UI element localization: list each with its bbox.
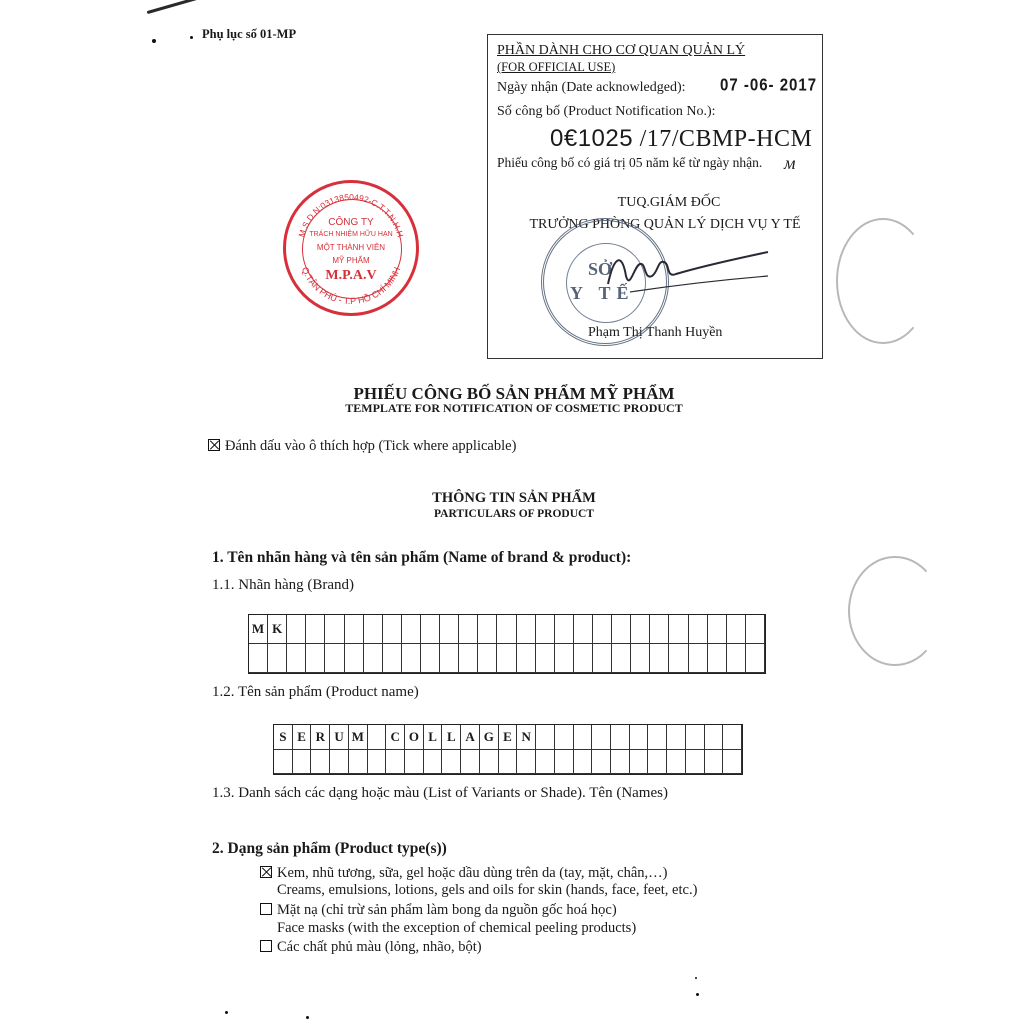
product-cell[interactable] <box>555 750 574 775</box>
product-cell[interactable] <box>705 725 724 750</box>
product-cell[interactable] <box>630 750 649 775</box>
item-1-heading: 1. Tên nhãn hàng và tên sản phẩm (Name o… <box>212 549 631 567</box>
product-cell[interactable] <box>705 750 724 775</box>
section-title: THÔNG TIN SẢN PHẨM <box>0 490 1024 507</box>
brand-cell[interactable] <box>574 644 593 673</box>
product-cell[interactable] <box>480 750 499 775</box>
product-cell[interactable] <box>386 750 405 775</box>
brand-cell[interactable] <box>249 644 268 673</box>
partial-seal-edge <box>836 218 930 344</box>
product-cell[interactable]: L <box>424 725 443 750</box>
option-label-vi: Các chất phủ màu (lỏng, nhão, bột) <box>277 939 482 955</box>
product-cell[interactable]: M <box>349 725 368 750</box>
product-cell[interactable] <box>442 750 461 775</box>
brand-cell[interactable] <box>746 615 765 644</box>
product-cell[interactable]: G <box>480 725 499 750</box>
checkbox-unchecked-icon[interactable] <box>260 940 272 952</box>
partial-seal-edge <box>848 556 942 666</box>
product-cell[interactable] <box>611 750 630 775</box>
product-cell[interactable] <box>611 725 630 750</box>
product-name-label: 1.2. Tên sản phẩm (Product name) <box>212 684 419 701</box>
brand-cell[interactable] <box>727 644 746 673</box>
brand-cell[interactable] <box>287 615 306 644</box>
signer-title-1: TUQ.GIÁM ĐỐC <box>488 195 822 211</box>
product-cell[interactable] <box>686 750 705 775</box>
notification-label: Số công bố (Product Notification No.): <box>497 104 716 120</box>
date-label: Ngày nhận (Date acknowledged): <box>497 80 686 96</box>
signature-scribble <box>600 246 770 296</box>
product-cell[interactable] <box>574 725 593 750</box>
product-cell[interactable]: A <box>461 725 480 750</box>
product-cell[interactable] <box>648 725 667 750</box>
product-cell[interactable] <box>368 725 387 750</box>
product-cell[interactable] <box>461 750 480 775</box>
brand-cell[interactable] <box>478 615 497 644</box>
brand-cell[interactable] <box>287 644 306 673</box>
initial-mark: ᴍ <box>784 153 795 174</box>
brand-cell[interactable] <box>517 615 536 644</box>
product-cell[interactable] <box>405 750 424 775</box>
product-cell[interactable] <box>536 725 555 750</box>
option-label-en: Creams, emulsions, lotions, gels and oil… <box>277 882 697 899</box>
product-cell[interactable]: E <box>293 725 312 750</box>
pen-stroke-mark <box>147 0 198 14</box>
brand-cell[interactable] <box>555 615 574 644</box>
brand-cell[interactable] <box>612 615 631 644</box>
form-subtitle: TEMPLATE FOR NOTIFICATION OF COSMETIC PR… <box>0 401 1024 416</box>
official-heading-vi: PHẦN DÀNH CHO CƠ QUAN QUẢN LÝ <box>497 43 745 59</box>
brand-cell[interactable] <box>478 644 497 673</box>
product-cell[interactable] <box>293 750 312 775</box>
brand-cell[interactable] <box>364 644 383 673</box>
brand-cell[interactable] <box>536 644 555 673</box>
product-cell[interactable] <box>667 750 686 775</box>
signer-title-2: TRƯỞNG PHÒNG QUẢN LÝ DỊCH VỤ Y TẾ <box>488 217 822 233</box>
product-cell[interactable] <box>555 725 574 750</box>
brand-cell[interactable] <box>459 644 478 673</box>
product-type-option-1[interactable]: Kem, nhũ tương, sữa, gel hoặc dầu dùng t… <box>260 865 667 882</box>
brand-cell[interactable] <box>345 644 364 673</box>
item-2-heading: 2. Dạng sản phẩm (Product type(s)) <box>212 840 447 858</box>
seal-company-abbrev: M.P.A.V <box>286 268 416 284</box>
product-cell[interactable]: N <box>517 725 536 750</box>
brand-label: 1.1. Nhãn hàng (Brand) <box>212 577 354 594</box>
product-cell[interactable]: L <box>442 725 461 750</box>
product-cell[interactable]: C <box>386 725 405 750</box>
official-heading-en: (FOR OFFICIAL USE) <box>497 60 615 75</box>
option-label-vi: Kem, nhũ tương, sữa, gel hoặc dầu dùng t… <box>277 865 667 881</box>
variants-label: 1.3. Danh sách các dạng hoặc màu (List o… <box>212 785 668 802</box>
brand-cell[interactable] <box>459 615 478 644</box>
brand-cell[interactable] <box>593 615 612 644</box>
product-cell[interactable] <box>536 750 555 775</box>
brand-cell[interactable] <box>383 615 402 644</box>
brand-cell[interactable] <box>306 644 325 673</box>
product-cell[interactable] <box>592 750 611 775</box>
product-cell[interactable] <box>723 750 742 775</box>
product-cell[interactable] <box>723 725 742 750</box>
date-value: 07 -06- 2017 <box>720 76 817 96</box>
product-cell[interactable] <box>330 750 349 775</box>
brand-cell[interactable] <box>306 615 325 644</box>
product-cell[interactable] <box>592 725 611 750</box>
brand-cell[interactable] <box>517 644 536 673</box>
brand-cell[interactable] <box>612 644 631 673</box>
scan-dot <box>190 36 193 39</box>
brand-cell[interactable] <box>383 644 402 673</box>
product-cell[interactable]: U <box>330 725 349 750</box>
brand-cell[interactable] <box>440 615 459 644</box>
brand-cell[interactable] <box>364 615 383 644</box>
tick-note-text: Đánh dấu vào ô thích hợp (Tick where app… <box>225 438 516 454</box>
scan-dot <box>152 39 156 43</box>
scan-dot <box>695 977 697 979</box>
product-cell[interactable] <box>499 750 518 775</box>
product-cell[interactable]: E <box>499 725 518 750</box>
validity-note: Phiếu công bố có giá trị 05 năm kể từ ng… <box>497 155 762 171</box>
product-cell[interactable]: O <box>405 725 424 750</box>
brand-grid[interactable]: M K <box>248 614 766 674</box>
seal-line: MỘT THÀNH VIÊN <box>286 243 416 252</box>
product-cell[interactable] <box>517 750 536 775</box>
brand-cell[interactable]: K <box>268 615 287 644</box>
brand-cell[interactable] <box>689 644 708 673</box>
option-label-en: Face masks (with the exception of chemic… <box>277 920 636 937</box>
brand-cell[interactable] <box>631 644 650 673</box>
brand-cell[interactable] <box>689 615 708 644</box>
brand-cell[interactable] <box>421 615 440 644</box>
tick-note: Đánh dấu vào ô thích hợp (Tick where app… <box>208 438 516 455</box>
notification-number-prefix: 0€1025 <box>550 125 633 152</box>
brand-cell[interactable] <box>708 615 727 644</box>
brand-cell[interactable] <box>555 644 574 673</box>
product-cell[interactable] <box>574 750 593 775</box>
seal-line: TRÁCH NHIỆM HỮU HẠN <box>286 231 416 238</box>
brand-cell[interactable] <box>402 615 421 644</box>
brand-cell[interactable] <box>708 644 727 673</box>
brand-cell[interactable] <box>536 615 555 644</box>
product-cell[interactable] <box>311 750 330 775</box>
product-type-option-2[interactable]: Mặt nạ (chỉ trừ sản phẩm làm bong da ngu… <box>260 902 617 919</box>
brand-cell[interactable] <box>325 615 344 644</box>
brand-cell[interactable] <box>345 615 364 644</box>
notification-number-suffix: /17/CBMP-HCM <box>633 126 812 152</box>
product-cell[interactable] <box>648 750 667 775</box>
brand-cell[interactable] <box>497 615 516 644</box>
scan-dot <box>225 1011 228 1014</box>
brand-cell[interactable] <box>593 644 612 673</box>
brand-cell[interactable] <box>440 644 459 673</box>
scan-dot <box>306 1016 309 1019</box>
checked-box-icon <box>208 439 220 451</box>
notification-number: 0€1025 /17/CBMP-HCM <box>550 125 812 153</box>
scan-dot <box>696 993 699 996</box>
product-type-option-3[interactable]: Các chất phủ màu (lỏng, nhão, bột) <box>260 939 482 956</box>
brand-cell[interactable] <box>497 644 516 673</box>
product-cell[interactable] <box>368 750 387 775</box>
brand-cell[interactable] <box>669 644 688 673</box>
product-cell[interactable]: R <box>311 725 330 750</box>
product-name-grid[interactable]: S E R U M C O L L A G E N <box>273 724 743 775</box>
option-label-vi: Mặt nạ (chỉ trừ sản phẩm làm bong da ngu… <box>277 902 617 918</box>
product-cell[interactable] <box>630 725 649 750</box>
appendix-label: Phụ lục số 01-MP <box>202 27 296 42</box>
brand-cell[interactable] <box>650 644 669 673</box>
checkbox-checked-icon[interactable] <box>260 866 272 878</box>
brand-cell[interactable] <box>746 644 765 673</box>
brand-cell[interactable] <box>268 644 287 673</box>
seal-line: CÔNG TY <box>286 217 416 228</box>
product-cell[interactable] <box>686 725 705 750</box>
product-cell[interactable] <box>349 750 368 775</box>
product-cell[interactable]: S <box>274 725 293 750</box>
product-cell[interactable] <box>274 750 293 775</box>
checkbox-unchecked-icon[interactable] <box>260 903 272 915</box>
product-cell[interactable] <box>424 750 443 775</box>
brand-cell[interactable] <box>325 644 344 673</box>
section-subtitle: PARTICULARS OF PRODUCT <box>0 508 1024 520</box>
brand-cell[interactable] <box>727 615 746 644</box>
seal-line: MỸ PHẨM <box>286 256 416 265</box>
brand-cell[interactable] <box>402 644 421 673</box>
brand-cell[interactable] <box>631 615 650 644</box>
company-seal: M.S.D.N:0313850492-C.T.T.N.H.H Q.TÂN PHÚ… <box>283 180 419 316</box>
brand-cell[interactable] <box>669 615 688 644</box>
brand-cell[interactable] <box>650 615 669 644</box>
brand-cell[interactable]: M <box>249 615 268 644</box>
brand-cell[interactable] <box>574 615 593 644</box>
brand-cell[interactable] <box>421 644 440 673</box>
product-cell[interactable] <box>667 725 686 750</box>
